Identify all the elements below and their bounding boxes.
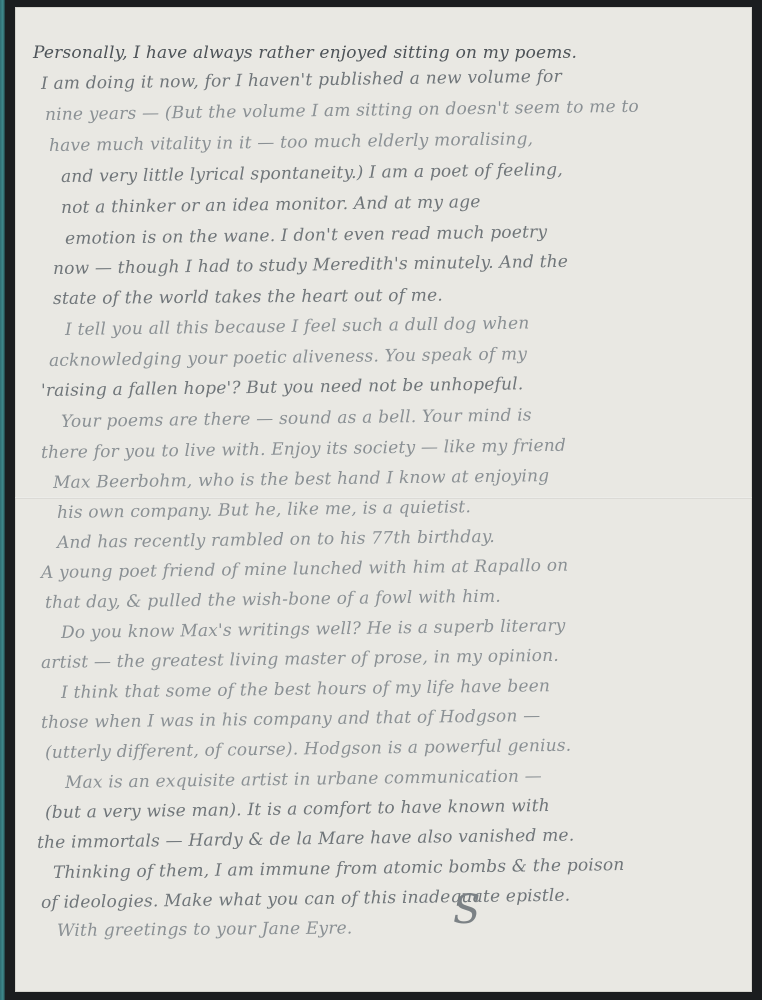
letter-line: the immortals — Hardy & de la Mare have … <box>37 825 575 853</box>
letter-line: that day, & pulled the wish-bone of a fo… <box>45 587 501 613</box>
letter-line: Do you know Max's writings well? He is a… <box>61 616 566 643</box>
letter-line: I think that some of the best hours of m… <box>61 676 550 703</box>
letter-page: Personally, I have always rather enjoyed… <box>15 7 752 992</box>
letter-line: not a thinker or an idea monitor. And at… <box>61 192 481 218</box>
letter-line: of ideologies. Make what you can of this… <box>41 886 571 913</box>
letter-line: (utterly different, of course). Hodgson … <box>45 736 572 763</box>
letter-line: have much vitality in it — too much elde… <box>49 129 533 156</box>
letter-line: I am doing it now, for I haven't publish… <box>41 67 562 94</box>
letter-line: And has recently rambled on to his 77th … <box>57 527 495 553</box>
letter-line: With greetings to your Jane Eyre. <box>57 918 353 941</box>
letter-line: and very little lyrical spontaneity.) I … <box>61 160 563 187</box>
letter-line: Max Beerbohm, who is the best hand I kno… <box>53 466 550 493</box>
letter-line: Your poems are there — sound as a bell. … <box>61 405 532 432</box>
letter-line: acknowledging your poetic aliveness. You… <box>49 344 527 371</box>
letter-line: nine years — (But the volume I am sittin… <box>45 97 639 125</box>
edge-strip <box>0 0 5 1000</box>
letter-line: emotion is on the wane. I don't even rea… <box>65 222 547 249</box>
letter-line: Max is an exquisite artist in urbane com… <box>65 766 542 793</box>
letter-line: Thinking of them, I am immune from atomi… <box>53 855 625 883</box>
letter-line: I tell you all this because I feel such … <box>65 314 530 340</box>
letter-line: his own company. But he, like me, is a q… <box>57 497 471 523</box>
letter-line: those when I was in his company and that… <box>41 706 541 733</box>
letter-line: A young poet friend of mine lunched with… <box>41 556 569 583</box>
letter-line: artist — the greatest living master of p… <box>41 646 559 673</box>
letter-line: (but a very wise man). It is a comfort t… <box>45 796 550 823</box>
letter-line: now — though I had to study Meredith's m… <box>53 252 568 279</box>
letter-line: 'raising a fallen hope'? But you need no… <box>41 374 524 401</box>
signature-mark: S <box>453 890 480 930</box>
letter-line: state of the world takes the heart out o… <box>53 286 443 309</box>
letter-line: Personally, I have always rather enjoyed… <box>33 43 577 63</box>
letter-line: there for you to live with. Enjoy its so… <box>41 436 566 463</box>
